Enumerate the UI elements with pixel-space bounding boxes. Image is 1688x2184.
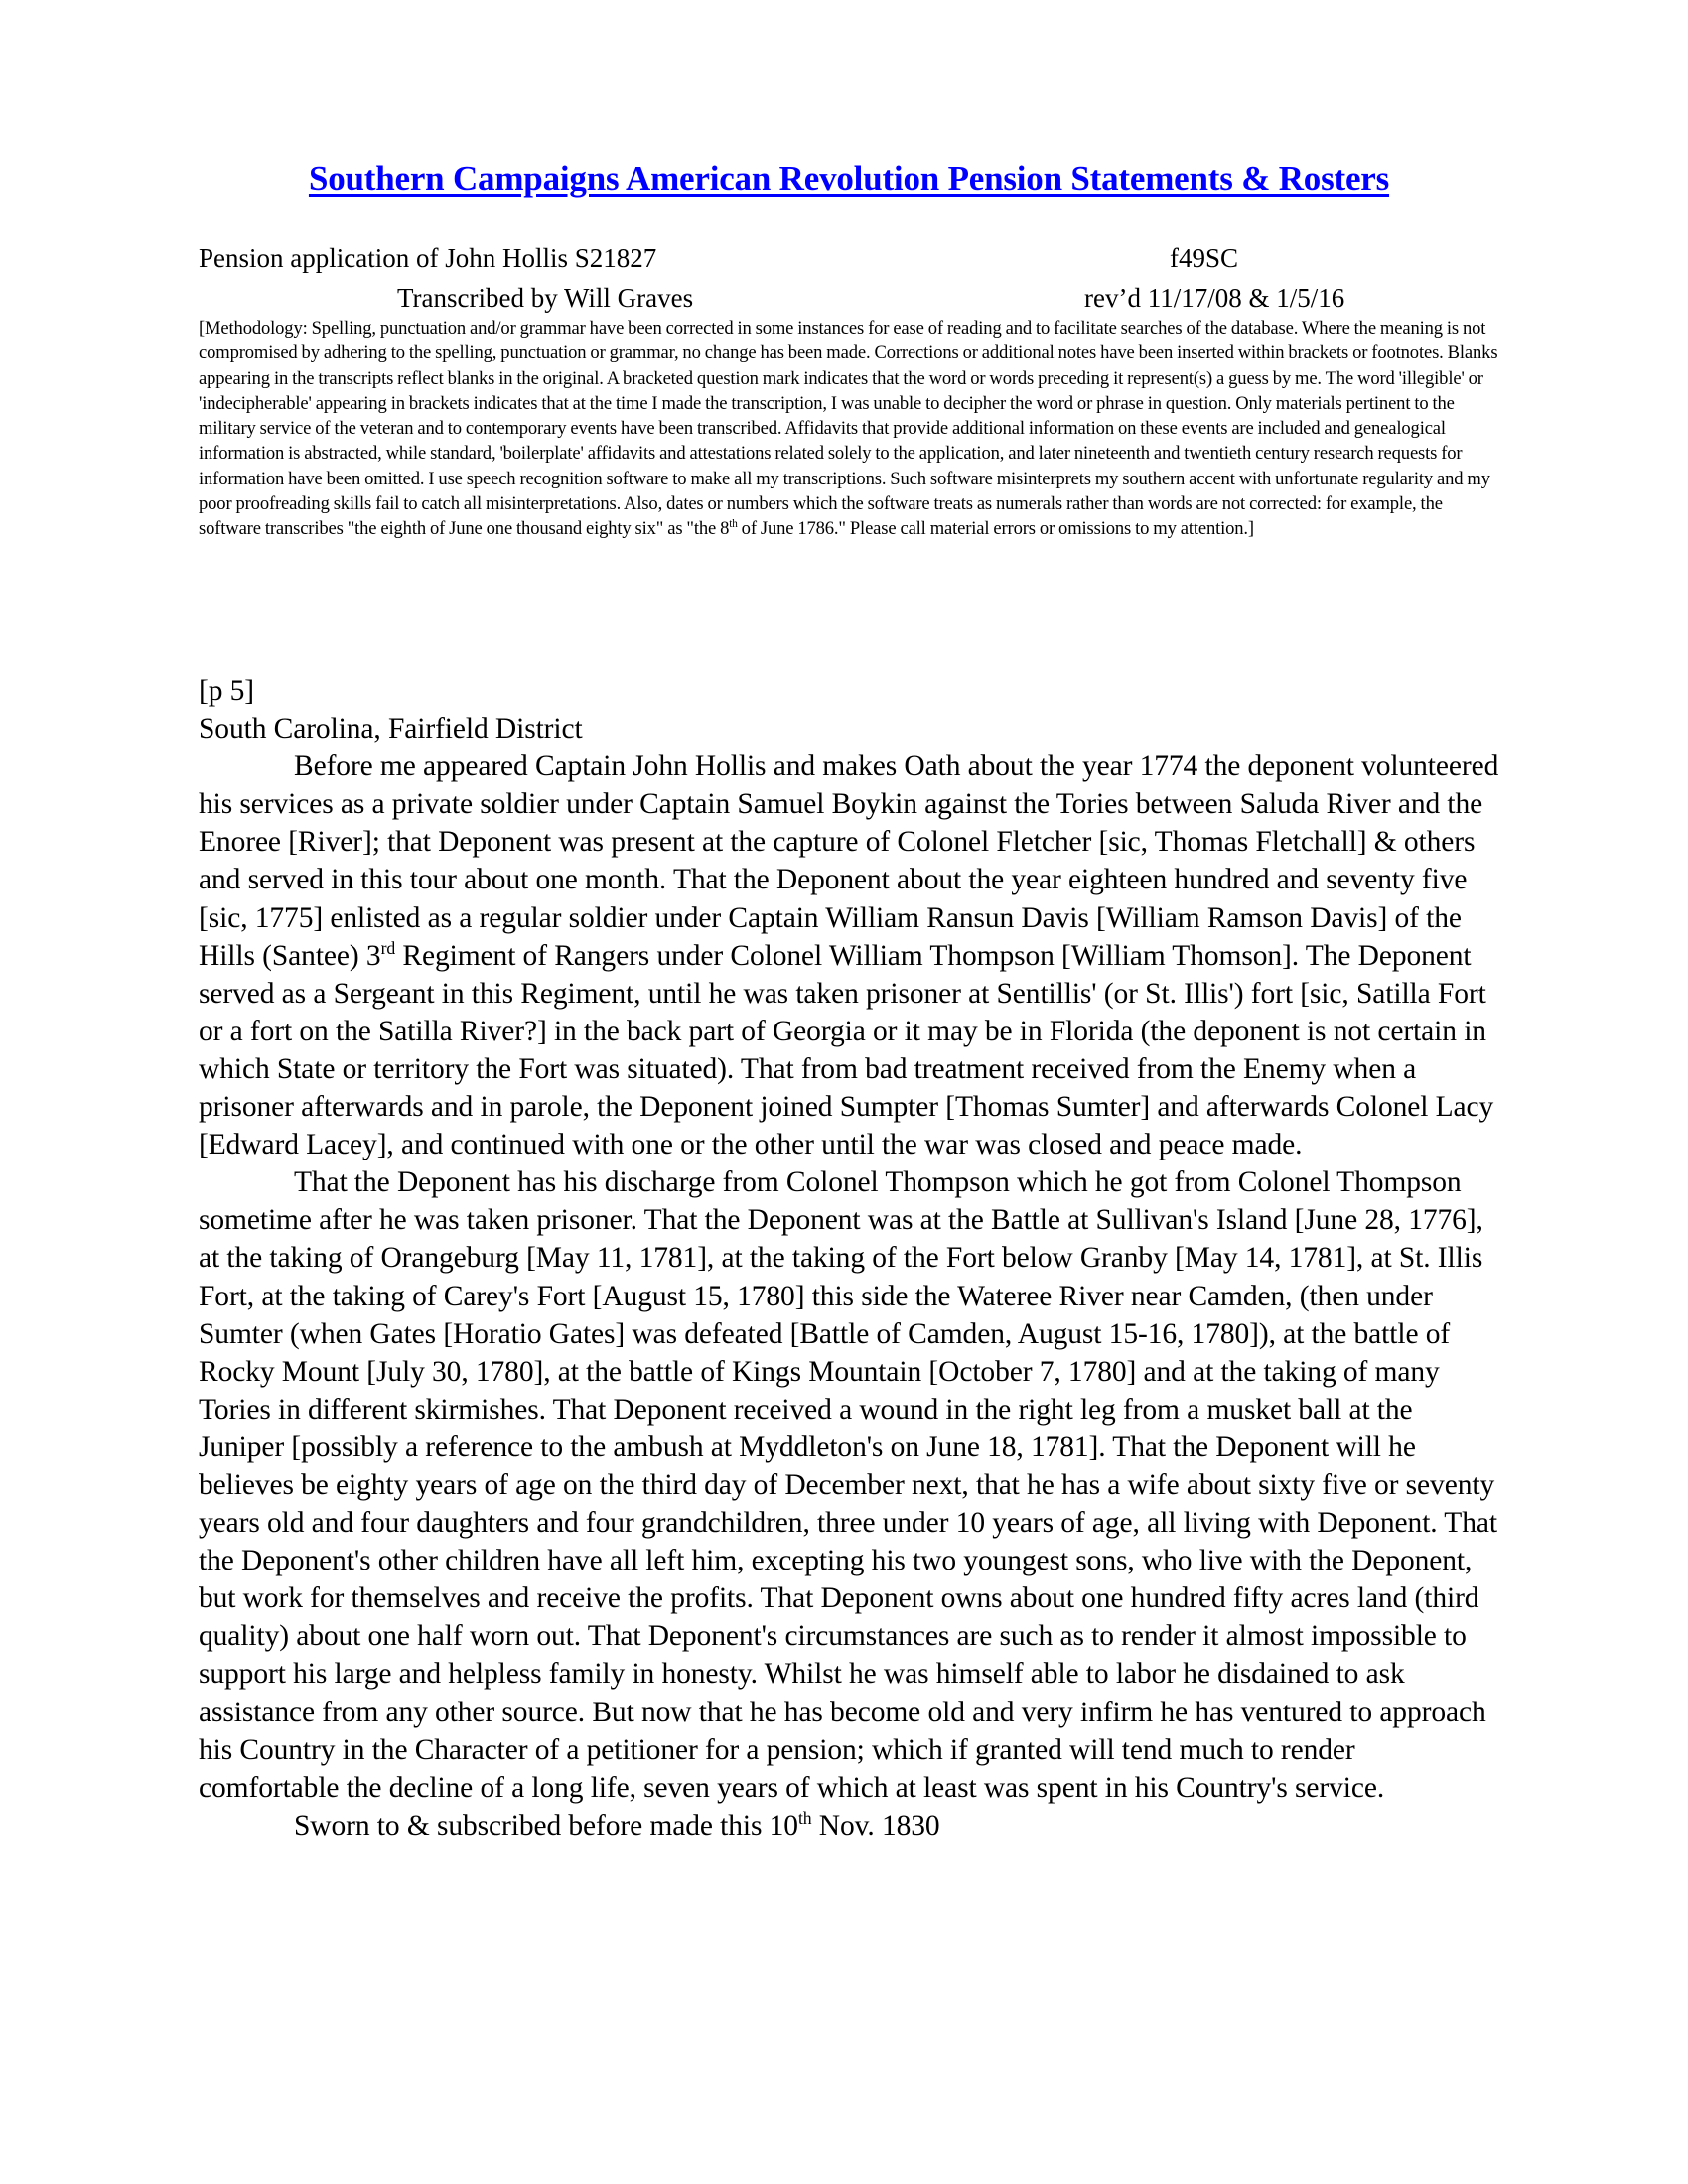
methodology-text-end: of June 1786." Please call material erro… (738, 518, 1254, 539)
location-line: South Carolina, Fairfield District (199, 710, 1499, 748)
sworn-text: Sworn to & subscribed before made this 1… (294, 1810, 798, 1842)
revision-date: rev’d 11/17/08 & 1/5/16 (1084, 281, 1344, 315)
pension-application-label: Pension application of John Hollis S2182… (199, 241, 656, 275)
methodology-superscript: th (729, 518, 737, 530)
sworn-date: Nov. 1830 (812, 1810, 940, 1842)
sworn-statement: Sworn to & subscribed before made this 1… (199, 1807, 1499, 1844)
deposition-body: [p 5] South Carolina, Fairfield District… (199, 672, 1499, 1844)
methodology-note: [Methodology: Spelling, punctuation and/… (199, 316, 1499, 542)
methodology-text: [Methodology: Spelling, punctuation and/… (199, 318, 1497, 539)
sworn-superscript: th (798, 1808, 812, 1828)
transcriber-label: Transcribed by Will Graves (397, 281, 693, 315)
deposition-paragraph-2: That the Deponent has his discharge from… (199, 1163, 1499, 1807)
file-code: f49SC (1170, 241, 1238, 275)
paragraph-1-text-end: Regiment of Rangers under Colonel Willia… (199, 940, 1493, 1160)
paragraph-1-superscript: rd (381, 938, 396, 958)
page-reference: [p 5] (199, 672, 1499, 710)
document-title-link[interactable]: Southern Campaigns American Revolution P… (199, 157, 1499, 201)
deposition-paragraph-1: Before me appeared Captain John Hollis a… (199, 748, 1499, 1163)
